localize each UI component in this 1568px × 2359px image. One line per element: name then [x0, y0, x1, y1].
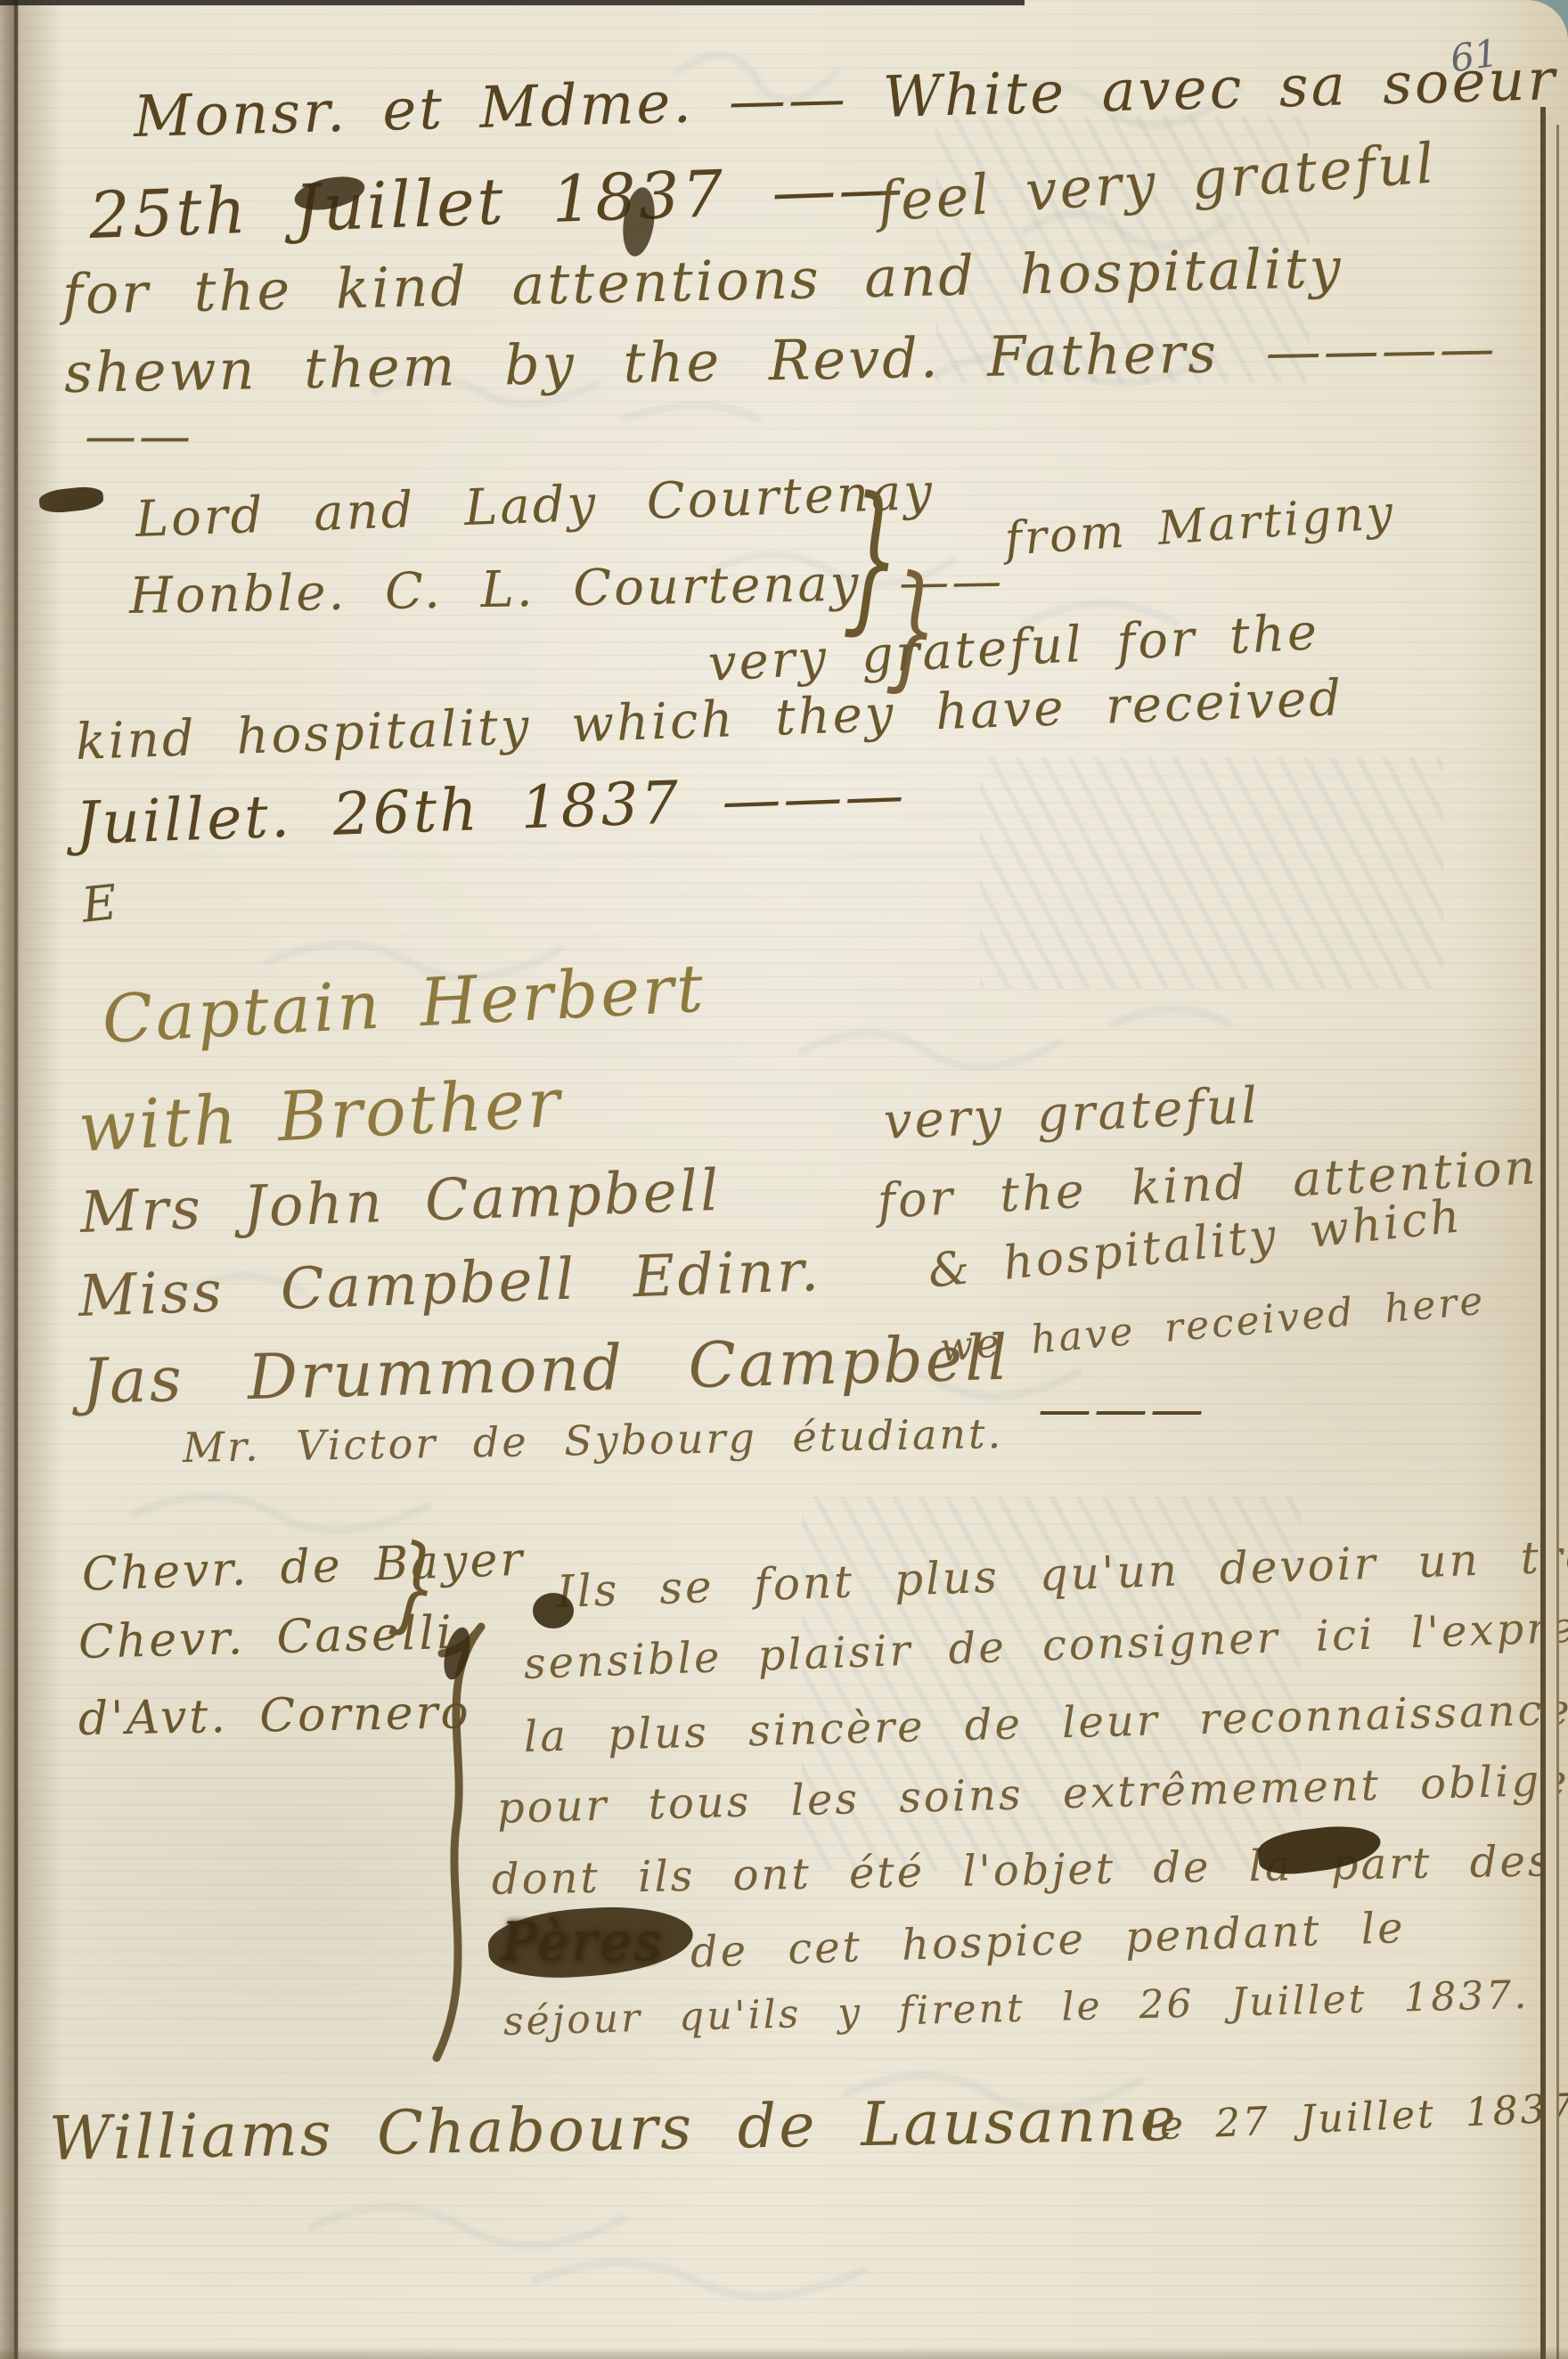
top-edge-shadow [0, 0, 1025, 5]
entry-white-dash: —— [85, 410, 193, 461]
entry-courtenay-line2: Honble. C. L. Courtenay —— [129, 557, 1005, 622]
ink-blot [533, 1593, 574, 1628]
manuscript-scan: 61 Monsr. et Mdme. —— White avec sa soeu… [0, 0, 1568, 2359]
entry-french-blotted-word: Pères [501, 1915, 664, 1969]
ghost-hatching [980, 757, 1443, 989]
bottom-edge-shadow [0, 2347, 1568, 2359]
page-edge-line [1556, 125, 1559, 2359]
flourish-mark: E [79, 878, 122, 930]
binding-gutter-line [14, 0, 18, 2359]
binding-gutter-shadow [0, 0, 62, 2359]
entry-campbell-dash: ——— [1038, 1383, 1206, 1436]
